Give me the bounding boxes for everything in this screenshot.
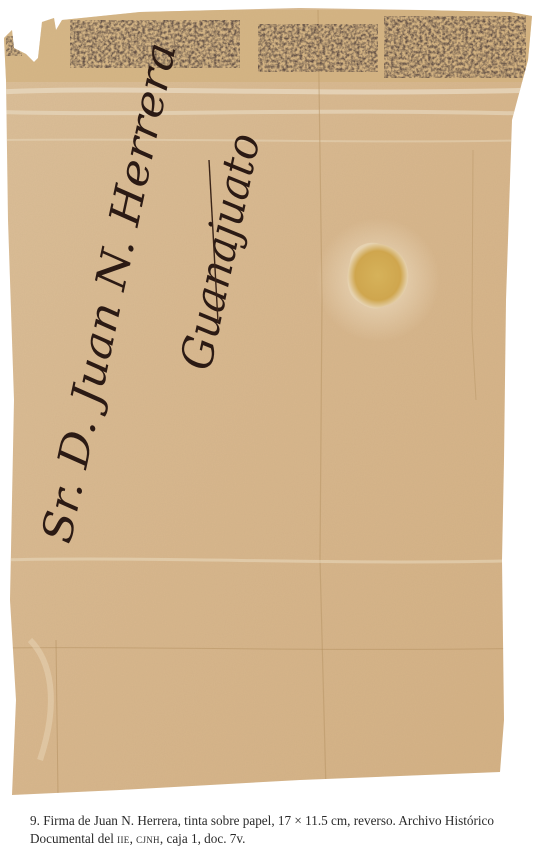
caption-dimensions: 17 × 11.5 cm (278, 813, 347, 828)
caption-text-1: 9. Firma de Juan N. Herrera, tinta sobre… (30, 813, 278, 828)
aged-letter-image: Sr. D. Juan N. Herrera Guanajuato (0, 0, 542, 800)
caption-acronym-cjnh: CJNH (136, 831, 160, 846)
figure-caption: 9. Firma de Juan N. Herrera, tinta sobre… (30, 812, 530, 848)
caption-text-3: , caja 1, doc. 7v. (160, 831, 246, 846)
caption-acronym-iie: IIE (117, 831, 129, 846)
document-photograph: Sr. D. Juan N. Herrera Guanajuato (0, 0, 542, 800)
